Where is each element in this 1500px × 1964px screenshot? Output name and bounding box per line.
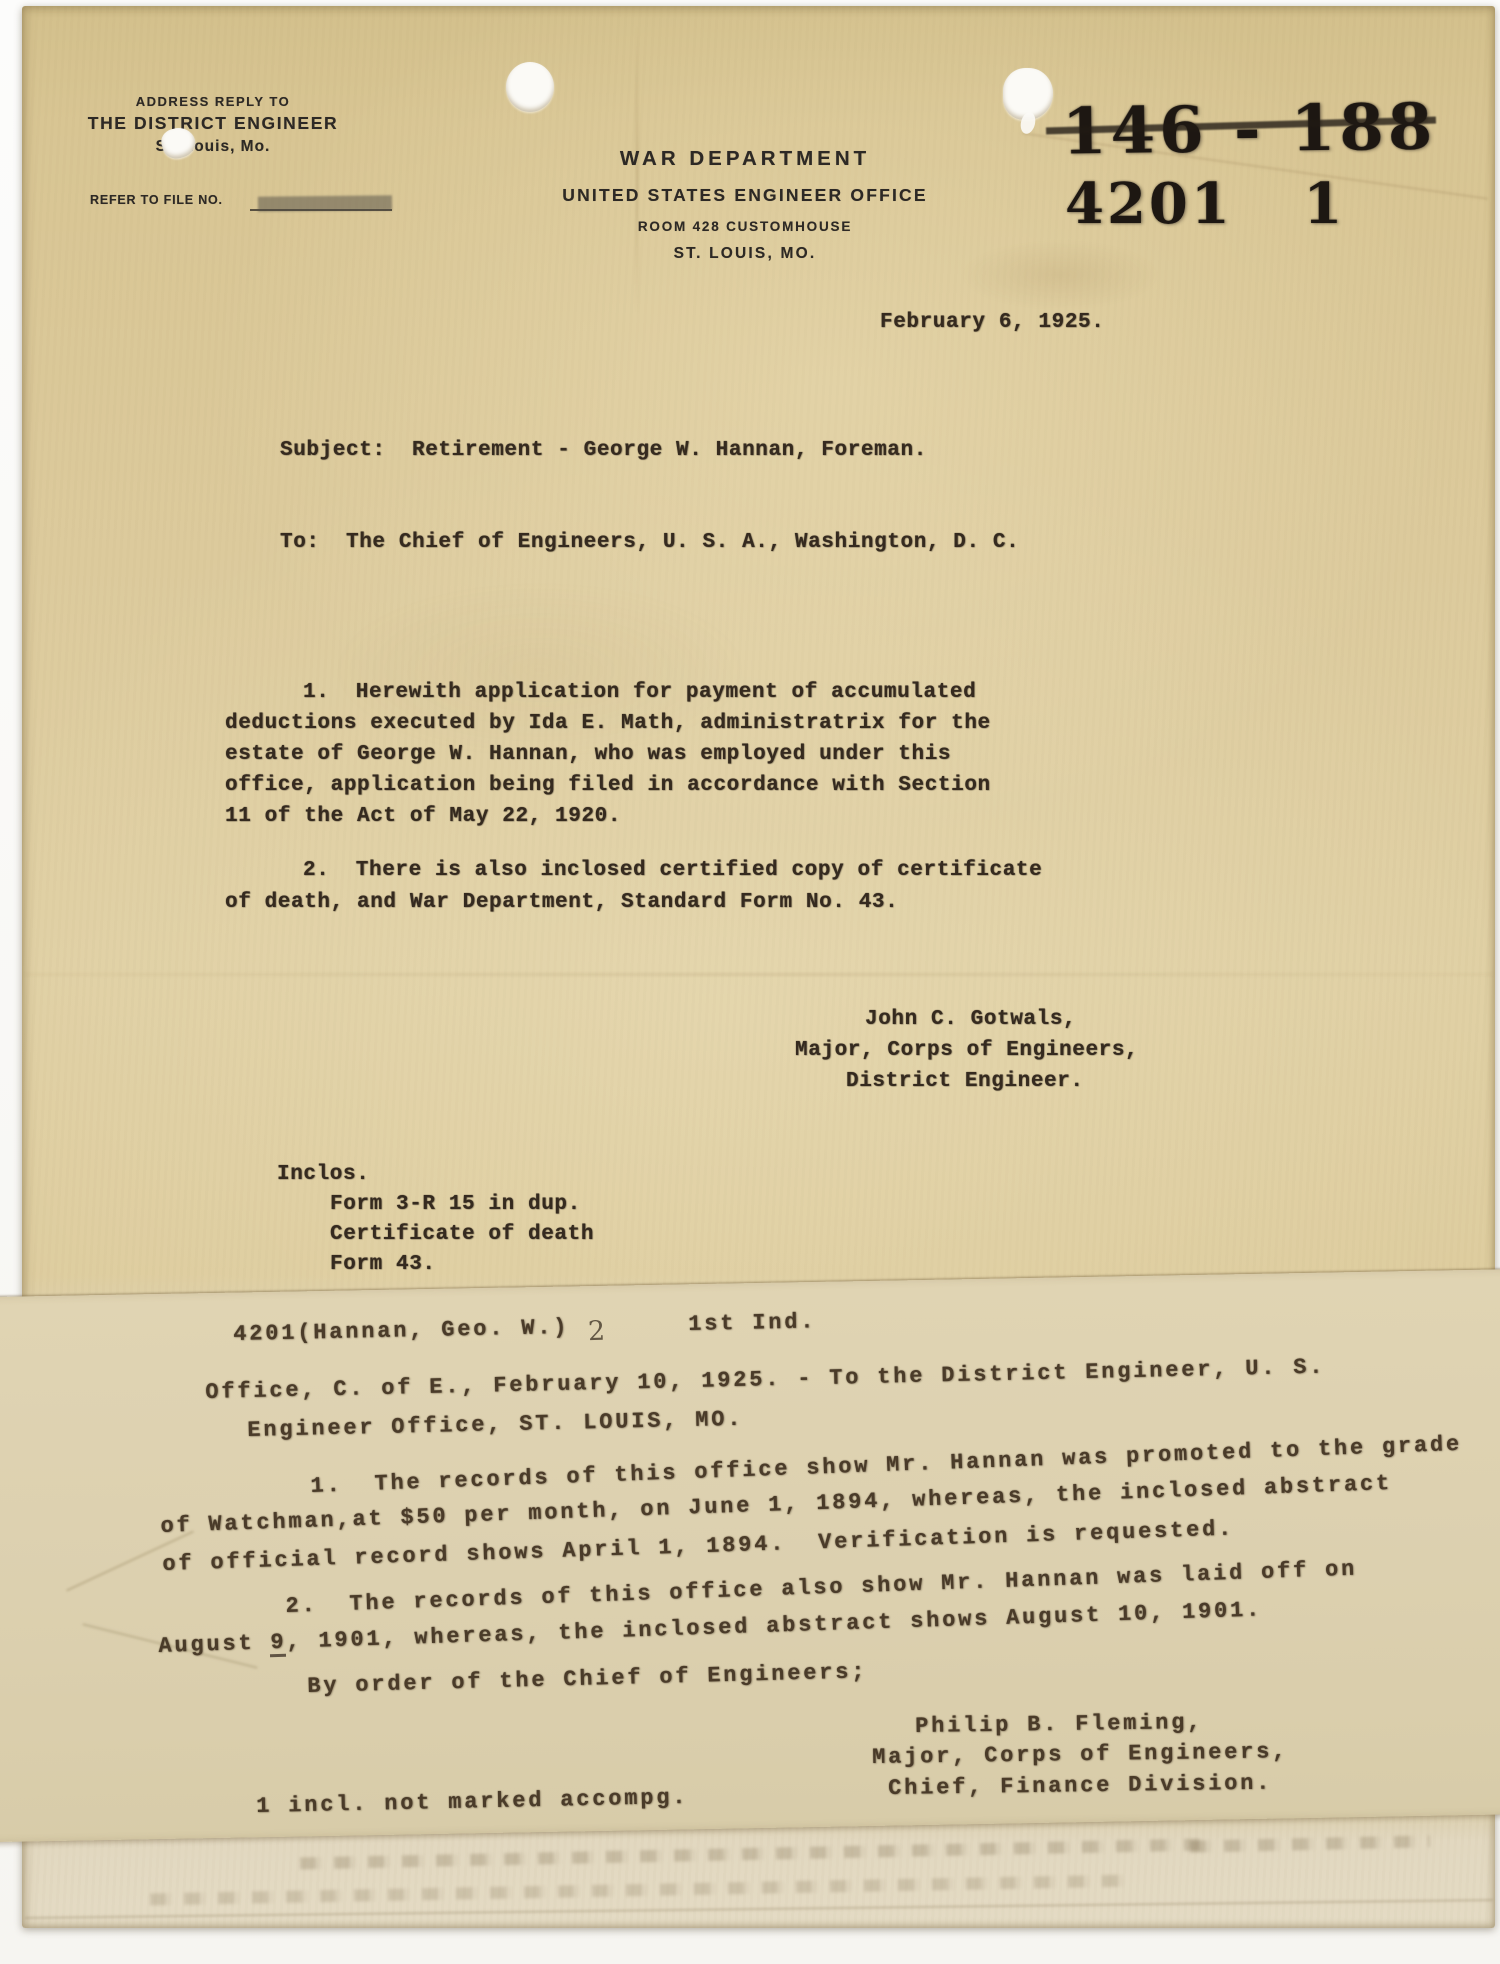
body-line: 1. Herewith application for payment of a…	[303, 678, 976, 708]
date-line: February 6, 1925.	[880, 308, 1104, 338]
scanned-letter: ADDRESS REPLY TO THE DISTRICT ENGINEER S…	[0, 0, 1500, 1964]
letterhead-file-no-label: REFER TO FILE NO.	[90, 193, 223, 207]
body-line: deductions executed by Ida E. Math, admi…	[225, 709, 991, 739]
letterhead-address-reply-line2: THE DISTRICT ENGINEER	[60, 113, 366, 134]
letterhead-address-reply: ADDRESS REPLY TO THE DISTRICT ENGINEER S…	[60, 94, 366, 156]
endorsement-ind-label: 1st Ind.	[688, 1307, 817, 1340]
signature-line: Major, Corps of Engineers,	[795, 1036, 1138, 1066]
crease-mark	[25, 973, 1493, 976]
inclosures-label: Inclos.	[277, 1160, 369, 1190]
inclosure-item: Certificate of death	[330, 1220, 594, 1250]
subject-line: Subject: Retirement - George W. Hannan, …	[280, 436, 927, 466]
body-line: 2. There is also inclosed certified copy…	[303, 856, 1042, 886]
punch-hole	[506, 62, 554, 112]
letterhead-org-line2: UNITED STATES ENGINEER OFFICE	[495, 185, 995, 206]
letterhead-org-line3: ROOM 428 CUSTOMHOUSE	[495, 219, 995, 234]
body-line: of death, and War Department, Standard F…	[225, 888, 898, 918]
body-line: office, application being filed in accor…	[225, 771, 991, 801]
inclosure-item: Form 43.	[330, 1250, 436, 1280]
endorsement-page-mark: 2	[587, 1316, 605, 1348]
body-line: 11 of the Act of May 22, 1920.	[225, 802, 621, 832]
endorsement-signature-line: Philip B. Fleming,	[915, 1708, 1203, 1742]
to-line: To: The Chief of Engineers, U. S. A., Wa…	[280, 528, 1019, 558]
inclosure-item: Form 3-R 15 in dup.	[330, 1190, 581, 1220]
endorsement-signature-line: Chief, Finance Division.	[888, 1769, 1272, 1804]
signature-line: John C. Gotwals,	[865, 1005, 1076, 1035]
letterhead-org: WAR DEPARTMENT UNITED STATES ENGINEER OF…	[495, 147, 995, 263]
letterhead-address-reply-line1: ADDRESS REPLY TO	[60, 94, 366, 109]
stamp-file-number: 4201 1	[1065, 176, 1345, 232]
body-line: estate of George W. Hannan, who was empl…	[225, 740, 951, 770]
ink-smudge	[258, 195, 392, 211]
endorsement-signature-line: Major, Corps of Engineers,	[872, 1737, 1288, 1773]
letterhead-address-reply-line3: St. Louis, Mo.	[60, 138, 366, 156]
letterhead-org-line1: WAR DEPARTMENT	[495, 147, 995, 171]
signature-line: District Engineer.	[846, 1067, 1084, 1097]
letterhead-org-line4: ST. LOUIS, MO.	[495, 245, 995, 263]
